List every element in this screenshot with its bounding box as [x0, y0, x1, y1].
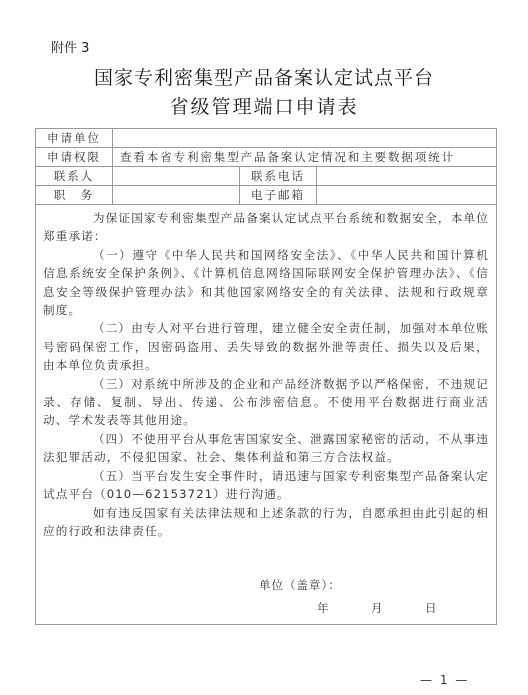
attachment-label: 附件 3 — [51, 37, 89, 56]
contact-person-label: 联系人 — [36, 167, 112, 185]
contact-phone-field[interactable] — [316, 167, 496, 185]
applicant-unit-label: 申请单位 — [36, 129, 112, 147]
document-subtitle: 省级管理端口申请表 — [0, 92, 528, 119]
document-title: 国家专利密集型产品备案认定试点平台 — [0, 63, 528, 90]
permission-value: 查看本省专利密集型产品备案认定情况和主要数据项统计 — [112, 148, 496, 166]
contact-phone-label: 联系电话 — [239, 167, 316, 185]
application-form: 申请单位 申请权限 查看本省专利密集型产品备案认定情况和主要数据项统计 联系人 … — [35, 128, 497, 625]
commitment-text: 为保证国家专利密集型产品备案认定试点平台系统和数据安全，本单位郑重承诺： （一）… — [36, 205, 496, 540]
contact-person-field[interactable] — [112, 167, 239, 185]
date-year-label: 年 — [317, 600, 329, 616]
form-row-permission: 申请权限 查看本省专利密集型产品备案认定情况和主要数据项统计 — [36, 148, 496, 167]
permission-label: 申请权限 — [36, 148, 112, 166]
email-field[interactable] — [316, 186, 496, 204]
unit-seal-label: 单位（盖章）： — [259, 577, 341, 593]
email-label: 电子邮箱 — [239, 186, 316, 204]
form-row-contact: 联系人 联系电话 — [36, 167, 496, 186]
commitment-item-5: （五）当平台发生安全事件时，请迅速与国家专利密集型产品备案认定试点平台（010—… — [43, 467, 489, 504]
applicant-unit-field[interactable] — [112, 129, 496, 147]
position-label: 职 务 — [36, 186, 112, 204]
commitment-item-3: （三）对系统中所涉及的企业和产品经济数据予以严格保密，不违规记录、存储、复制、导… — [43, 375, 489, 430]
commitment-item-2: （二）由专人对平台进行管理，建立健全安全责任制，加强对本单位账号密码保密工作，因… — [43, 319, 489, 374]
form-row-applicant-unit: 申请单位 — [36, 129, 496, 148]
commitment-item-1: （一）遵守《中华人民共和国网络安全法》、《中华人民共和国计算机信息系统安全保护条… — [43, 246, 489, 320]
commitment-intro: 为保证国家专利密集型产品备案认定试点平台系统和数据安全，本单位郑重承诺： — [43, 209, 489, 246]
date-month-label: 月 — [371, 600, 383, 616]
page-number: — 1 — — [420, 673, 469, 687]
date-day-label: 日 — [425, 600, 437, 616]
position-field[interactable] — [112, 186, 239, 204]
commitment-item-4: （四）不使用平台从事危害国家安全、泄露国家秘密的活动，不从事违法犯罪活动，不侵犯… — [43, 430, 489, 467]
form-row-position: 职 务 电子邮箱 — [36, 186, 496, 205]
commitment-closing: 如有违反国家有关法律法规和上述条款的行为，自愿承担由此引起的相应的行政和法律责任… — [43, 504, 489, 541]
